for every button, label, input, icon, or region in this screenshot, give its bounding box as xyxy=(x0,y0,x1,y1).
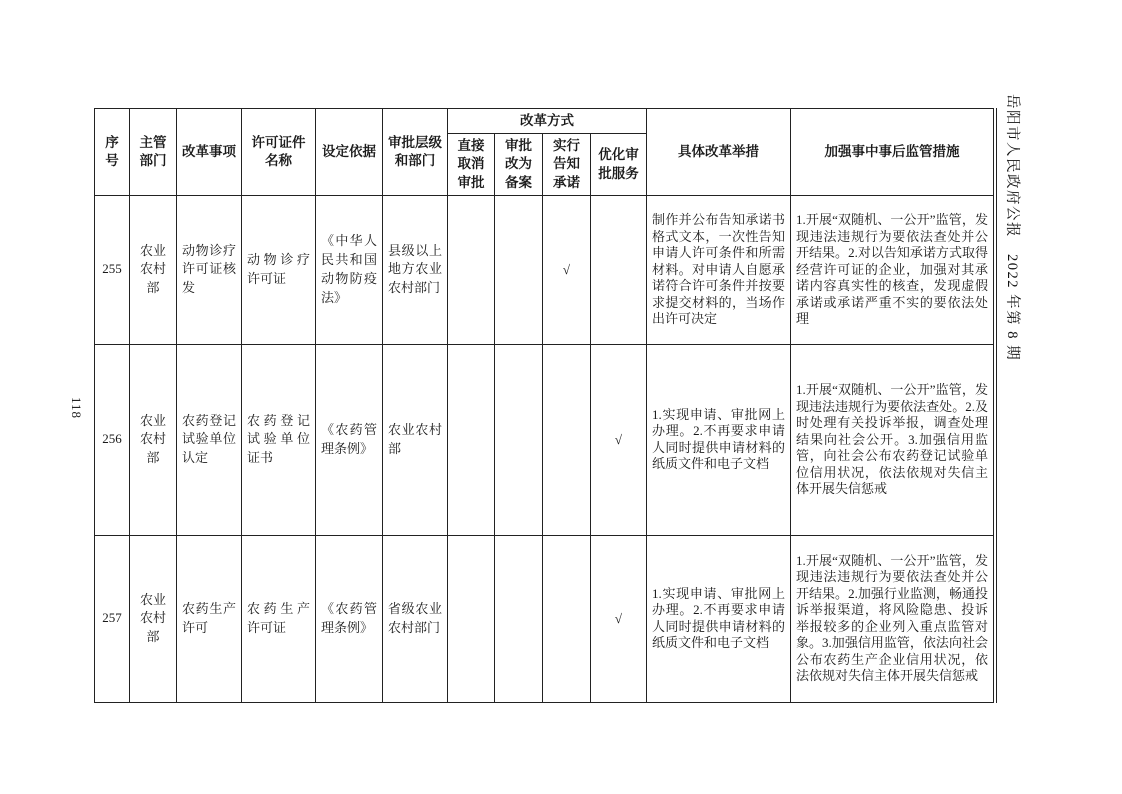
header-row-group: 序号 主管部门 改革事项 许可证件名称 设定依据 审批层级和部门 改革方式 具体… xyxy=(95,109,994,134)
header-level: 审批层级和部门 xyxy=(383,109,448,196)
cell-dept: 农业农村部 xyxy=(130,344,177,535)
table-row: 256 农业农村部 农药登记试验单位认定 农药登记试验单位证书 《农药管理条例》… xyxy=(95,344,994,535)
header-item: 改革事项 xyxy=(177,109,242,196)
cell-method-notify xyxy=(543,344,591,535)
cell-method-record xyxy=(495,535,543,702)
cell-method-record xyxy=(495,344,543,535)
cell-dept: 农业农村部 xyxy=(130,535,177,702)
cell-no: 256 xyxy=(95,344,130,535)
cell-method-record xyxy=(495,195,543,344)
reform-items-table: 序号 主管部门 改革事项 许可证件名称 设定依据 审批层级和部门 改革方式 具体… xyxy=(94,108,994,703)
reform-table-wrapper: 序号 主管部门 改革事项 许可证件名称 设定依据 审批层级和部门 改革方式 具体… xyxy=(94,108,997,703)
cell-method-optimize: √ xyxy=(591,535,647,702)
cell-basis: 《农药管理条例》 xyxy=(316,535,383,702)
cell-level: 农业农村部 xyxy=(383,344,448,535)
cell-item: 动物诊疗许可证核发 xyxy=(177,195,242,344)
gazette-spine-title: 岳阳市人民政府公报 2022 年第 8 期 xyxy=(1003,94,1024,361)
cell-measures: 1.实现申请、审批网上办理。2.不再要求申请人同时提供申请材料的纸质文件和电子文… xyxy=(647,535,791,702)
header-method-group: 改革方式 xyxy=(448,109,647,134)
cell-method-optimize xyxy=(591,195,647,344)
cell-method-cancel xyxy=(448,195,495,344)
header-no: 序号 xyxy=(95,109,130,196)
cell-method-notify: √ xyxy=(543,195,591,344)
cell-method-cancel xyxy=(448,535,495,702)
cell-measures: 制作并公布告知承诺书格式文本，一次性告知申请人许可条件和所需材料。对申请人自愿承… xyxy=(647,195,791,344)
cell-item: 农药登记试验单位认定 xyxy=(177,344,242,535)
cell-dept: 农业农村部 xyxy=(130,195,177,344)
cell-method-notify xyxy=(543,535,591,702)
header-sub-cancel: 直接取消审批 xyxy=(448,134,495,196)
cell-basis: 《农药管理条例》 xyxy=(316,344,383,535)
cell-level: 省级农业农村部门 xyxy=(383,535,448,702)
cell-supervision: 1.开展“双随机、一公开”监管，发现违法违规行为要依法查处并公开结果。2.对以告… xyxy=(791,195,994,344)
cell-method-optimize: √ xyxy=(591,344,647,535)
header-license: 许可证件名称 xyxy=(242,109,316,196)
table-row: 257 农业农村部 农药生产许可 农药生产许可证 《农药管理条例》 省级农业农村… xyxy=(95,535,994,702)
header-sub-optimize: 优化审批服务 xyxy=(591,134,647,196)
gazette-page: 118 岳阳市人民政府公报 2022 年第 8 期 序号 主管部门 改革事项 许… xyxy=(0,0,1122,794)
cell-no: 257 xyxy=(95,535,130,702)
cell-level: 县级以上地方农业农村部门 xyxy=(383,195,448,344)
header-dept: 主管部门 xyxy=(130,109,177,196)
cell-method-cancel xyxy=(448,344,495,535)
cell-supervision: 1.开展“双随机、一公开”监管，发现违法违规行为要依法查处。2.及时处理有关投诉… xyxy=(791,344,994,535)
cell-license: 农药生产许可证 xyxy=(242,535,316,702)
page-number: 118 xyxy=(68,397,84,419)
cell-item: 农药生产许可 xyxy=(177,535,242,702)
cell-license: 动物诊疗许可证 xyxy=(242,195,316,344)
header-sub-record: 审批改为备案 xyxy=(495,134,543,196)
table-row: 255 农业农村部 动物诊疗许可证核发 动物诊疗许可证 《中华人民共和国动物防疫… xyxy=(95,195,994,344)
cell-supervision: 1.开展“双随机、一公开”监管，发现违法违规行为要依法查处并公开结果。2.加强行… xyxy=(791,535,994,702)
cell-measures: 1.实现申请、审批网上办理。2.不再要求申请人同时提供申请材料的纸质文件和电子文… xyxy=(647,344,791,535)
header-supervision: 加强事中事后监管措施 xyxy=(791,109,994,196)
header-sub-notify: 实行告知承诺 xyxy=(543,134,591,196)
header-measures: 具体改革举措 xyxy=(647,109,791,196)
cell-no: 255 xyxy=(95,195,130,344)
cell-license: 农药登记试验单位证书 xyxy=(242,344,316,535)
cell-basis: 《中华人民共和国动物防疫法》 xyxy=(316,195,383,344)
header-basis: 设定依据 xyxy=(316,109,383,196)
